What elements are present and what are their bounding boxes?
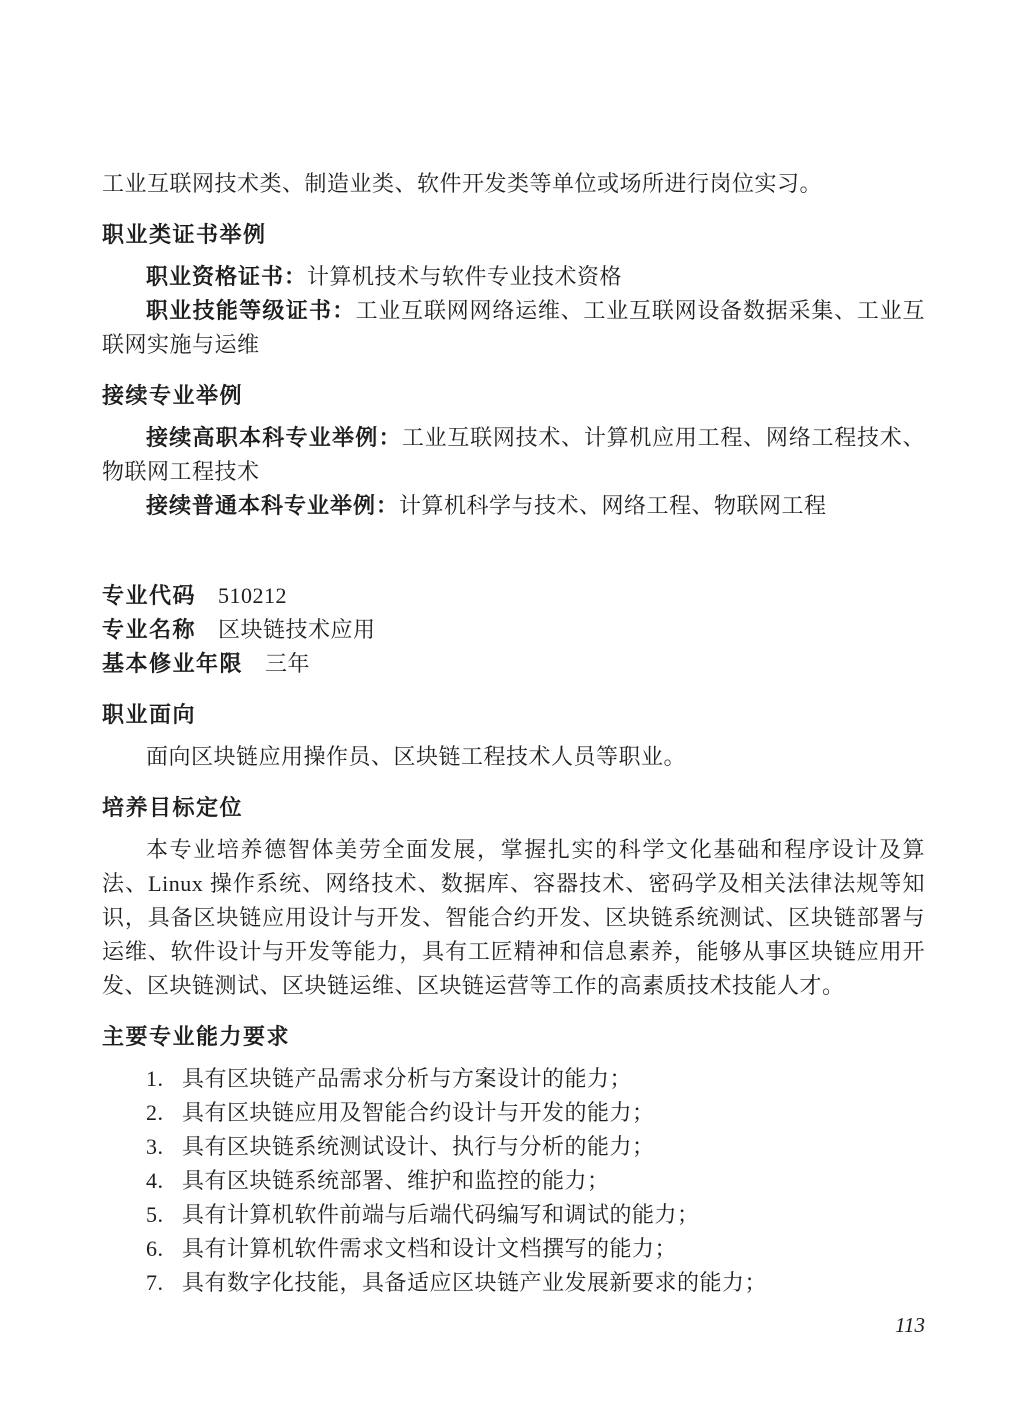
ability-item-number: 6. xyxy=(146,1232,182,1266)
ability-item-text: 具有区块链应用及智能合约设计与开发的能力； xyxy=(182,1100,655,1125)
cert-item-label: 职业技能等级证书： xyxy=(146,298,356,323)
ability-item: 4.具有区块链系统部署、维护和监控的能力； xyxy=(102,1164,925,1198)
field-value: 三年 xyxy=(265,651,310,676)
ability-item-text: 具有数字化技能，具备适应区块链产业发展新要求的能力； xyxy=(182,1270,767,1295)
continue-item-vocational-bachelor: 接续高职本科专业举例：工业互联网技术、计算机应用工程、网络工程技术、物联网工程技… xyxy=(102,421,925,489)
page-number: 113 xyxy=(102,1308,925,1342)
section-heading-training-objectives: 培养目标定位 xyxy=(102,791,925,825)
ability-item-number: 5. xyxy=(146,1198,182,1232)
continue-item-regular-bachelor: 接续普通本科专业举例：计算机科学与技术、网络工程、物联网工程 xyxy=(102,489,925,523)
ability-item: 5.具有计算机软件前端与后端代码编写和调试的能力； xyxy=(102,1198,925,1232)
cert-item-text: 计算机技术与软件专业技术资格 xyxy=(307,264,622,289)
ability-item-number: 2. xyxy=(146,1096,182,1130)
section-heading-career-orientation: 职业面向 xyxy=(102,698,925,732)
ability-item-text: 具有区块链系统测试设计、执行与分析的能力； xyxy=(182,1134,655,1159)
continue-item-label: 接续普通本科专业举例： xyxy=(146,493,399,518)
field-label: 基本修业年限 xyxy=(102,651,243,676)
ability-item-number: 7. xyxy=(146,1266,182,1300)
intro-paragraph: 工业互联网技术类、制造业类、软件开发类等单位或场所进行岗位实习。 xyxy=(102,167,925,201)
ability-item: 1.具有区块链产品需求分析与方案设计的能力； xyxy=(102,1062,925,1096)
ability-item-text: 具有计算机软件前端与后端代码编写和调试的能力； xyxy=(182,1202,700,1227)
ability-item-number: 4. xyxy=(146,1164,182,1198)
field-value: 510212 xyxy=(218,583,287,608)
field-study-years: 基本修业年限三年 xyxy=(102,647,925,681)
section-heading-ability-requirements: 主要专业能力要求 xyxy=(102,1020,925,1054)
continue-item-label: 接续高职本科专业举例： xyxy=(146,425,402,450)
field-major-name: 专业名称区块链技术应用 xyxy=(102,613,925,647)
ability-item: 2.具有区块链应用及智能合约设计与开发的能力； xyxy=(102,1096,925,1130)
field-value: 区块链技术应用 xyxy=(218,617,376,642)
field-label: 专业名称 xyxy=(102,617,196,642)
document-page: 工业互联网技术类、制造业类、软件开发类等单位或场所进行岗位实习。 职业类证书举例… xyxy=(0,0,1024,1426)
field-label: 专业代码 xyxy=(102,583,196,608)
abilities-list: 1.具有区块链产品需求分析与方案设计的能力； 2.具有区块链应用及智能合约设计与… xyxy=(102,1062,925,1300)
cert-item-qualification: 职业资格证书：计算机技术与软件专业技术资格 xyxy=(102,260,925,294)
cert-item-skill-level: 职业技能等级证书：工业互联网网络运维、工业互联网设备数据采集、工业互联网实施与运… xyxy=(102,294,925,362)
continue-item-text: 计算机科学与技术、网络工程、物联网工程 xyxy=(399,493,827,518)
ability-item-number: 1. xyxy=(146,1062,182,1096)
section-heading-continuing-majors: 接续专业举例 xyxy=(102,379,925,413)
ability-item: 3.具有区块链系统测试设计、执行与分析的能力； xyxy=(102,1130,925,1164)
field-major-code: 专业代码510212 xyxy=(102,579,925,613)
ability-item: 7.具有数字化技能，具备适应区块链产业发展新要求的能力； xyxy=(102,1266,925,1300)
ability-item-text: 具有计算机软件需求文档和设计文档撰写的能力； xyxy=(182,1236,677,1261)
section-heading-certificates: 职业类证书举例 xyxy=(102,218,925,252)
career-paragraph: 面向区块链应用操作员、区块链工程技术人员等职业。 xyxy=(102,740,925,774)
ability-item-number: 3. xyxy=(146,1130,182,1164)
ability-item-text: 具有区块链系统部署、维护和监控的能力； xyxy=(182,1168,610,1193)
training-paragraph: 本专业培养德智体美劳全面发展，掌握扎实的科学文化基础和程序设计及算法、Linux… xyxy=(102,833,925,1003)
major-info-block: 专业代码510212 专业名称区块链技术应用 基本修业年限三年 xyxy=(102,579,925,681)
cert-item-label: 职业资格证书： xyxy=(146,264,307,289)
ability-item-text: 具有区块链产品需求分析与方案设计的能力； xyxy=(182,1066,632,1091)
ability-item: 6.具有计算机软件需求文档和设计文档撰写的能力； xyxy=(102,1232,925,1266)
